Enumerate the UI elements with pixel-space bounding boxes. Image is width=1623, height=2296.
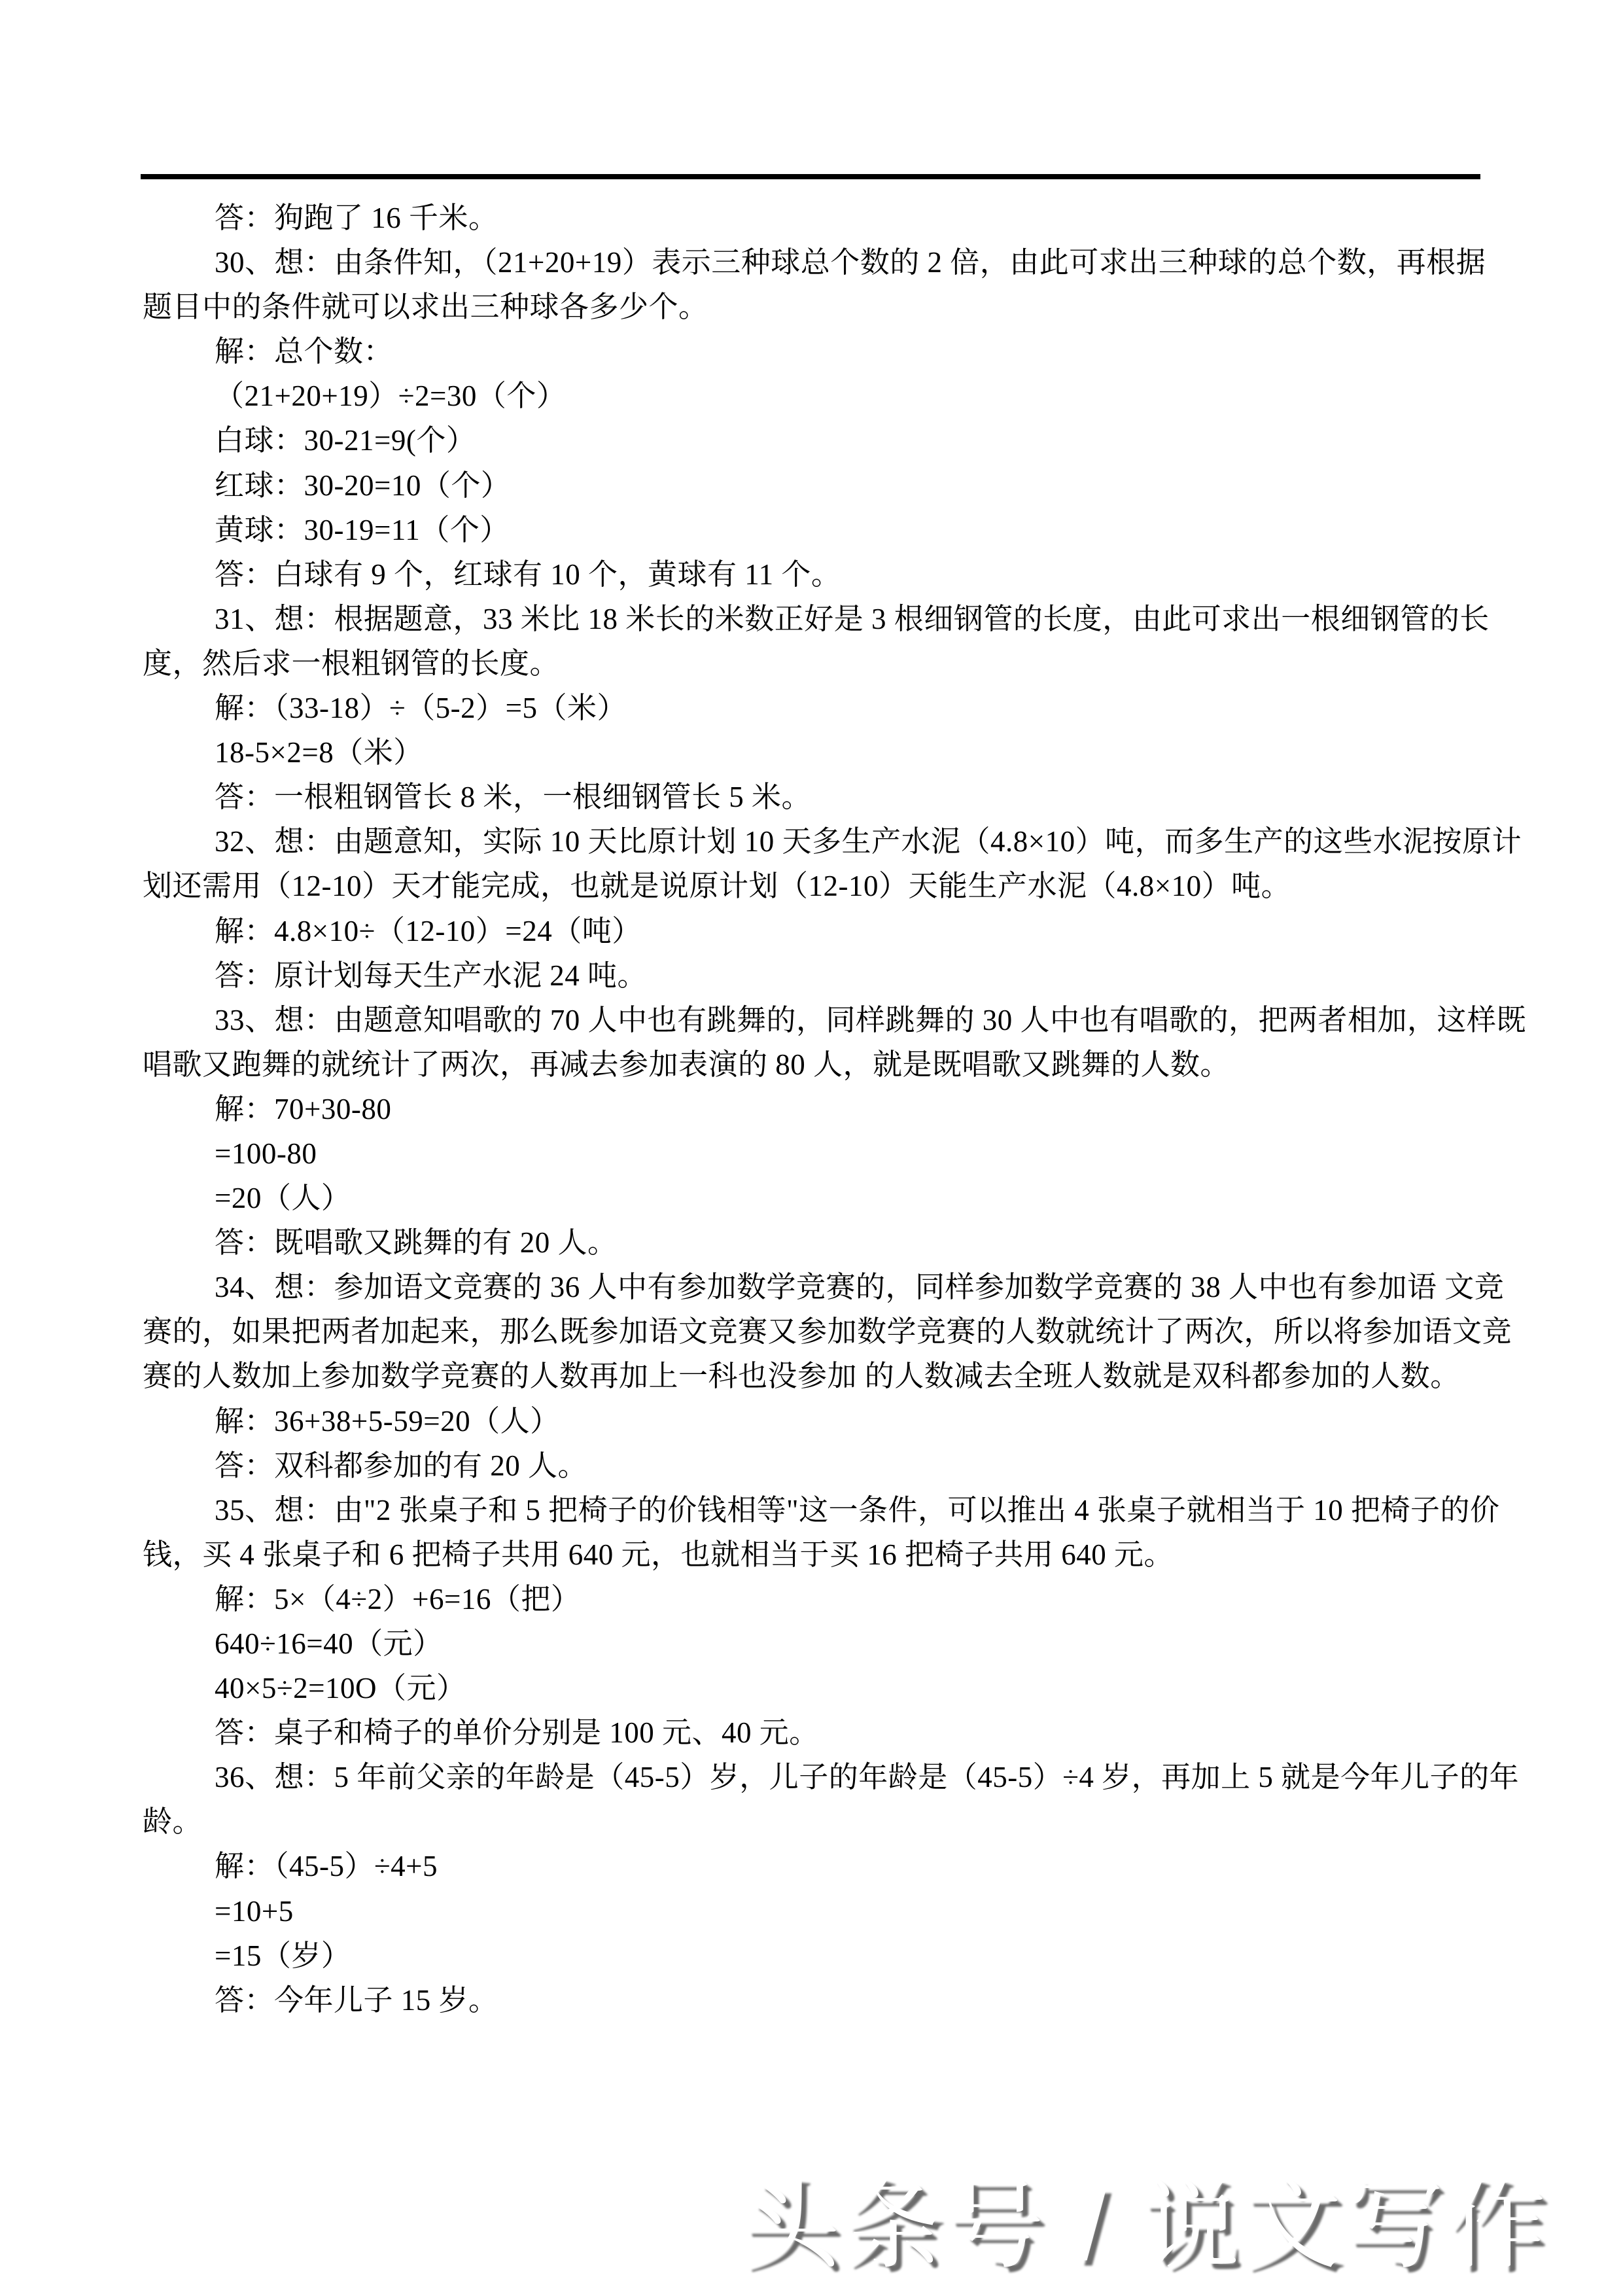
document-page: 答：狗跑了 16 千米。30、想：由条件知，（21+20+19）表示三种球总个数… bbox=[0, 0, 1623, 2296]
watermark: 头条号 / 说文写作 bbox=[742, 2173, 1550, 2278]
text-line: 32、想：由题意知，实际 10 天比原计划 10 天多生产水泥（4.8×10）吨… bbox=[143, 819, 1536, 864]
text-line: 答：原计划每天生产水泥 24 吨。 bbox=[143, 953, 1536, 998]
text-line: 红球：30-20=10（个） bbox=[143, 463, 1536, 508]
text-line: （21+20+19）÷2=30（个） bbox=[143, 374, 1536, 418]
text-line: 解：4.8×10÷（12-10）=24（吨） bbox=[143, 909, 1536, 953]
text-line: 钱，买 4 张桌子和 6 把椅子共用 640 元，也就相当于买 16 把椅子共用… bbox=[143, 1532, 1536, 1577]
text-line: 答：狗跑了 16 千米。 bbox=[143, 196, 1536, 240]
text-line: 解：（33-18）÷（5-2）=5（米） bbox=[143, 686, 1536, 730]
text-line: 31、想：根据题意，33 米比 18 米长的米数正好是 3 根细钢管的长度，由此… bbox=[143, 597, 1536, 641]
text-line: 白球：30-21=9(个） bbox=[143, 418, 1536, 463]
text-line: =20（人） bbox=[143, 1176, 1536, 1220]
text-line: 40×5÷2=10O（元） bbox=[143, 1666, 1536, 1710]
text-line: 33、想：由题意知唱歌的 70 人中也有跳舞的，同样跳舞的 30 人中也有唱歌的… bbox=[143, 998, 1536, 1042]
text-line: 解：70+30-80 bbox=[143, 1087, 1536, 1131]
text-line: 解：5×（4÷2）+6=16（把） bbox=[143, 1577, 1536, 1621]
text-line: 解：总个数： bbox=[143, 329, 1536, 374]
text-line: 龄。 bbox=[143, 1799, 1536, 1844]
text-line: 赛的人数加上参加数学竞赛的人数再加上一科也没参加 的人数减去全班人数就是双科都参… bbox=[143, 1354, 1536, 1398]
text-line: 答：桌子和椅子的单价分别是 100 元、40 元。 bbox=[143, 1710, 1536, 1755]
text-line: 答：双科都参加的有 20 人。 bbox=[143, 1443, 1536, 1488]
text-line: 34、想：参加语文竞赛的 36 人中有参加数学竞赛的，同样参加数学竞赛的 38 … bbox=[143, 1265, 1536, 1309]
header-rule bbox=[141, 174, 1480, 179]
text-line: 640÷16=40（元） bbox=[143, 1621, 1536, 1666]
text-line: =100-80 bbox=[143, 1131, 1536, 1176]
text-line: 解：（45-5）÷4+5 bbox=[143, 1844, 1536, 1888]
text-line: 答：今年儿子 15 岁。 bbox=[143, 1978, 1536, 2022]
text-line: 18-5×2=8（米） bbox=[143, 730, 1536, 775]
text-line: =15（岁） bbox=[143, 1934, 1536, 1978]
text-line: 30、想：由条件知，（21+20+19）表示三种球总个数的 2 倍，由此可求出三… bbox=[143, 240, 1536, 285]
text-line: 答：既唱歌又跳舞的有 20 人。 bbox=[143, 1220, 1536, 1265]
text-line: 唱歌又跑舞的就统计了两次，再减去参加表演的 80 人，就是既唱歌又跳舞的人数。 bbox=[143, 1042, 1536, 1087]
text-line: 35、想：由"2 张桌子和 5 把椅子的价钱相等"这一条件，可以推出 4 张桌子… bbox=[143, 1488, 1536, 1532]
text-line: 答：一根粗钢管长 8 米，一根细钢管长 5 米。 bbox=[143, 775, 1536, 819]
text-line: 赛的，如果把两者加起来，那么既参加语文竞赛又参加数学竞赛的人数就统计了两次，所以… bbox=[143, 1309, 1536, 1354]
text-line: =10+5 bbox=[143, 1889, 1536, 1934]
text-line: 黄球：30-19=11（个） bbox=[143, 508, 1536, 552]
text-line: 度，然后求一根粗钢管的长度。 bbox=[143, 641, 1536, 686]
text-line: 答：白球有 9 个，红球有 10 个，黄球有 11 个。 bbox=[143, 552, 1536, 597]
text-line: 题目中的条件就可以求出三种球各多少个。 bbox=[143, 285, 1536, 329]
text-line: 划还需用（12-10）天才能完成，也就是说原计划（12-10）天能生产水泥（4.… bbox=[143, 864, 1536, 908]
text-line: 36、想：5 年前父亲的年龄是（45-5）岁，儿子的年龄是（45-5）÷4 岁，… bbox=[143, 1755, 1536, 1799]
text-line: 解：36+38+5-59=20（人） bbox=[143, 1399, 1536, 1443]
document-body: 答：狗跑了 16 千米。30、想：由条件知，（21+20+19）表示三种球总个数… bbox=[143, 196, 1536, 2022]
